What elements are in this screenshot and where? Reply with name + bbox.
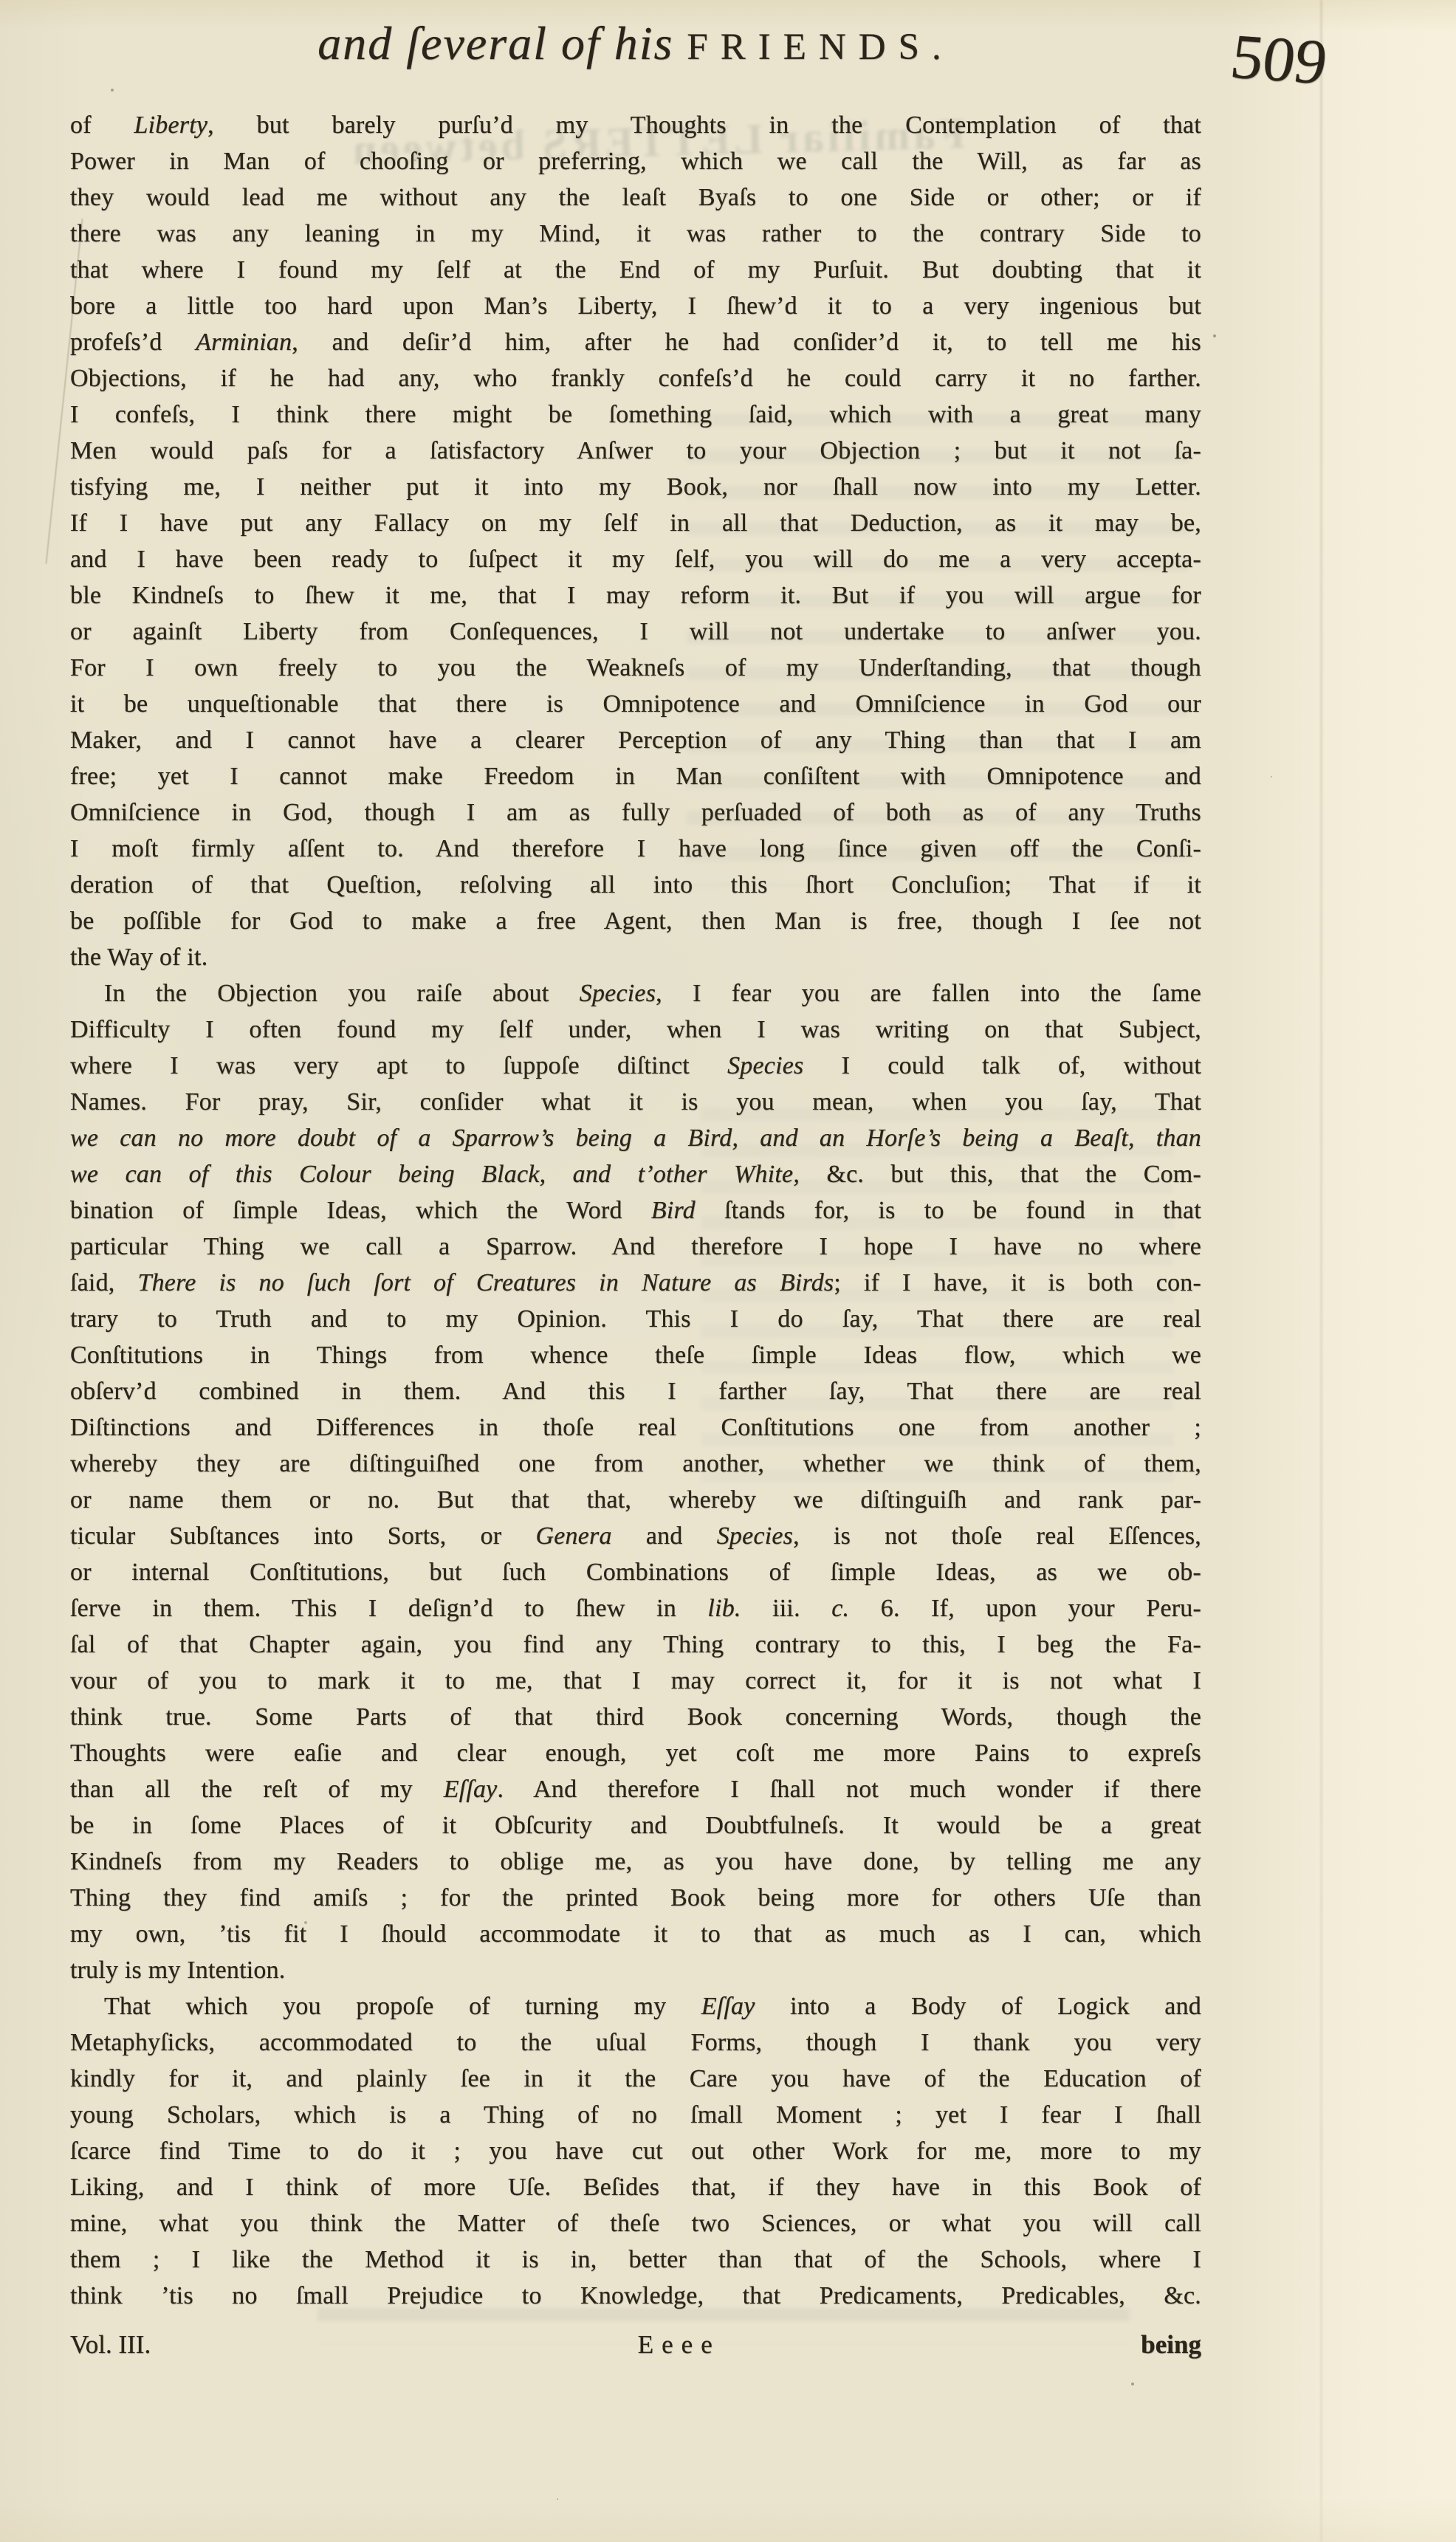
roman-text: particular Thing we call a Sparrow. And … [70,1233,1201,1260]
italic-text: Species [727,1052,803,1079]
roman-text: . And therefore I ſhall not much wonder … [497,1776,1201,1803]
text-line: Liking, and I think of more Uſe. Beſides… [70,2169,1201,2205]
roman-text: whereby they are diſtinguiſhed one from … [70,1450,1201,1477]
italic-text: we can no more doubt of a Sparrow’s bein… [70,1124,1201,1152]
roman-text: deration of that Queſtion, reſolving all… [70,871,1201,899]
roman-text: If I have put any Fallacy on my ſelf in … [70,509,1201,537]
roman-text: or againſt Liberty from Conſequences, I … [70,618,1201,645]
text-line: For I own freely to you the Weakneſs of … [70,650,1201,686]
text-line: that where I found my ſelf at the End of… [70,252,1201,288]
text-line: Difficulty I often found my ſelf under, … [70,1011,1201,1048]
text-line: I moſt firmly aſſent to. And therefore I… [70,831,1201,867]
text-line: whereby they are diſtinguiſhed one from … [70,1446,1201,1482]
italic-text: There is no ſuch ſort of Creatures in Na… [137,1269,834,1296]
book-page: Familiar LETTERS between and ſeveral of … [0,0,1456,2542]
text-line: truly is my Intention. [70,1952,1201,1988]
page-footer: Vol. III. Eeee being [70,2330,1201,2360]
text-line: ſerve in them. This I deſign’d to ſhew i… [70,1590,1201,1626]
roman-text: Conſtitutions in Things from whence theſ… [70,1342,1201,1369]
text-line: In the Objection you raiſe about Species… [70,975,1201,1011]
text-line: Names. For pray, Sir, conſider what it i… [70,1084,1201,1120]
roman-text: free; yet I cannot make Freedom in Man c… [70,763,1201,790]
text-line: I confeſs, I think there might be ſometh… [70,396,1201,433]
roman-text: them ; I like the Method it is in, bette… [70,2246,1201,2273]
text-line: Metaphyſicks, accommodated to the uſual … [70,2024,1201,2061]
italic-text: Genera [535,1522,611,1550]
roman-text: young Scholars, which is a Thing of no ſ… [70,2101,1201,2129]
text-line: young Scholars, which is a Thing of no ſ… [70,2097,1201,2133]
roman-text: or internal Conſtitutions, but ſuch Comb… [70,1559,1201,1586]
page-edge-crease [1320,0,1322,2542]
text-line: bination of ſimple Ideas, which the Word… [70,1192,1201,1229]
italic-text: Liberty [134,111,208,139]
italic-text: Arminian [196,329,292,356]
roman-text: Difficulty I often found my ſelf under, … [70,1016,1201,1043]
text-line: bore a little too hard upon Man’s Libert… [70,288,1201,324]
roman-text: ſerve in them. This I deſign’d to ſhew i… [70,1595,707,1622]
text-line: Thing they find amiſs ; for the printed … [70,1880,1201,1916]
text-line: and I have been ready to ſuſpect it my ſ… [70,541,1201,577]
text-line: kindly for it, and plainly ſee in it the… [70,2061,1201,2097]
text-line: Objections, if he had any, who frankly c… [70,360,1201,396]
roman-text: ble Kindneſs to ſhew it me, that I may r… [70,582,1201,609]
roman-text: Names. For pray, Sir, conſider what it i… [70,1088,1201,1116]
roman-text: Diſtinctions and Differences in thoſe re… [70,1414,1201,1441]
italic-text: Eſſay [701,1993,755,2020]
roman-text: , and deſir’d him, after he had conſider… [292,329,1201,356]
text-line: deration of that Queſtion, reſolving all… [70,867,1201,903]
roman-text: ; if I have, it is both con- [834,1269,1201,1296]
text-line: of Liberty, but barely purſu’d my Though… [70,107,1201,143]
text-line: we can of this Colour being Black, and t… [70,1156,1201,1192]
text-line: be poſſible for God to make a free Agent… [70,903,1201,939]
roman-text: Thoughts were eaſie and clear enough, ye… [70,1739,1201,1767]
text-line: or name them or no. But that that, where… [70,1482,1201,1518]
roman-text: than all the reſt of my [70,1776,444,1803]
roman-text: Liking, and I think of more Uſe. Beſides… [70,2174,1201,2201]
roman-text: ſal of that Chapter again, you find any … [70,1631,1201,1658]
italic-text: lib. [707,1595,741,1622]
text-line: them ; I like the Method it is in, bette… [70,2242,1201,2278]
roman-text: the Way of it. [70,944,207,971]
signature-mark: Eeee [638,2330,721,2360]
roman-text: For I own freely to you the Weakneſs of … [70,654,1201,681]
text-line: Power in Man of chooſing or preferring, … [70,143,1201,179]
italic-text: c. [831,1595,849,1622]
page-number: 509 [1226,19,1332,99]
text-line: Diſtinctions and Differences in thoſe re… [70,1409,1201,1446]
text-line: Omniſcience in God, though I am as fully… [70,794,1201,831]
roman-text: Power in Man of chooſing or preferring, … [70,148,1201,175]
text-line: there was any leaning in my Mind, it was… [70,216,1201,252]
roman-text: Men would paſs for a ſatisfactory Anſwer… [70,437,1201,464]
roman-text: be poſſible for God to make a free Agent… [70,907,1201,935]
paper-speckles [111,89,114,92]
text-line: profeſs’d Arminian, and deſir’d him, aft… [70,324,1201,360]
roman-text: , is not thoſe real Eſſences, [793,1522,1201,1550]
italic-text: we can of this Colour being Black, and t… [70,1161,800,1188]
text-line: That which you propoſe of turning my Eſſ… [70,1988,1201,2024]
text-line: mine, what you think the Matter of theſe… [70,2205,1201,2242]
text-line: free; yet I cannot make Freedom in Man c… [70,758,1201,794]
roman-text: mine, what you think the Matter of theſe… [70,2210,1201,2237]
roman-text: into a Body of Logick and [755,1993,1201,2020]
text-line: ſcarce find Time to do it ; you have cut… [70,2133,1201,2169]
roman-text: and I have been ready to ſuſpect it my ſ… [70,546,1201,573]
text-line: the Way of it. [70,939,1201,975]
text-line: ble Kindneſs to ſhew it me, that I may r… [70,577,1201,614]
roman-text: obſerv’d combined in them. And this I fa… [70,1378,1201,1405]
roman-text: In the Objection you raiſe about [104,980,580,1007]
roman-text: , I fear you are fallen into the ſame [656,980,1201,1007]
roman-text: iii. [741,1595,832,1622]
roman-text: Maker, and I cannot have a clearer Perce… [70,726,1201,754]
text-line: tisfying me, I neither put it into my Bo… [70,469,1201,505]
roman-text: vour of you to mark it to me, that I may… [70,1667,1201,1694]
roman-text: Thing they find amiſs ; for the printed … [70,1884,1201,1911]
italic-text: Bird [651,1197,696,1224]
roman-text: 6. If, upon your Peru- [849,1595,1201,1622]
text-line: ſaid, There is no ſuch ſort of Creatures… [70,1265,1201,1301]
text-line: we can no more doubt of a Sparrow’s bein… [70,1120,1201,1156]
text-line: Conſtitutions in Things from whence theſ… [70,1337,1201,1373]
roman-text: &c. but this, that the Com- [800,1161,1201,1188]
roman-text: profeſs’d [70,329,196,356]
text-line: obſerv’d combined in them. And this I fa… [70,1373,1201,1409]
roman-text: ſtands for, is to be found in that [696,1197,1201,1224]
roman-text: Objections, if he had any, who frankly c… [70,365,1201,392]
roman-text: ſcarce find Time to do it ; you have cut… [70,2137,1201,2165]
roman-text: my own, ’tis fit I ſhould accommodate it… [70,1920,1201,1948]
text-line: where I was very apt to ſuppoſe diſtinct… [70,1048,1201,1084]
roman-text: think ’tis no ſmall Prejudice to Knowled… [70,2282,1201,2309]
roman-text: ticular Subſtances into Sorts, or [70,1522,535,1550]
text-line: than all the reſt of my Eſſay. And there… [70,1771,1201,1807]
roman-text: think true. Some Parts of that third Boo… [70,1703,1201,1731]
text-line: or internal Conſtitutions, but ſuch Comb… [70,1554,1201,1590]
roman-text: be in ſome Places of it Obſcurity and Do… [70,1812,1201,1839]
roman-text: Omniſcience in God, though I am as fully… [70,799,1201,826]
roman-text: there was any leaning in my Mind, it was… [70,220,1201,247]
header-title-caps: FRIENDS. [687,27,953,68]
text-line: If I have put any Fallacy on my ſelf in … [70,505,1201,541]
roman-text: bore a little too hard upon Man’s Libert… [70,292,1201,320]
roman-text: of [70,111,134,139]
text-line: ſal of that Chapter again, you find any … [70,1626,1201,1663]
text-line: particular Thing we call a Sparrow. And … [70,1229,1201,1265]
text-line: vour of you to mark it to me, that I may… [70,1663,1201,1699]
roman-text: , but barely purſu’d my Thoughts in the … [207,111,1201,139]
text-line: my own, ’tis fit I ſhould accommodate it… [70,1916,1201,1952]
roman-text: where I was very apt to ſuppoſe diſtinct [70,1052,727,1079]
roman-text: Kindneſs from my Readers to oblige me, a… [70,1848,1201,1875]
roman-text: or name them or no. But that that, where… [70,1486,1201,1514]
text-line: think ’tis no ſmall Prejudice to Knowled… [70,2278,1201,2314]
roman-text: That which you propoſe of turning my [104,1993,701,2020]
volume-label: Vol. III. [70,2330,151,2360]
roman-text: I confeſs, I think there might be ſometh… [70,401,1201,428]
text-line: it be unqueſtionable that there is Omnip… [70,686,1201,722]
text-line: trary to Truth and to my Opinion. This I… [70,1301,1201,1337]
roman-text: tisfying me, I neither put it into my Bo… [70,473,1201,501]
text-line: ticular Subſtances into Sorts, or Genera… [70,1518,1201,1554]
roman-text: I moſt firmly aſſent to. And therefore I… [70,835,1201,862]
roman-text: kindly for it, and plainly ſee in it the… [70,2065,1201,2092]
text-line: be in ſome Places of it Obſcurity and Do… [70,1807,1201,1844]
italic-text: Species [580,980,656,1007]
catchword: being [1141,2330,1201,2360]
text-line: Men would paſs for a ſatisfactory Anſwer… [70,433,1201,469]
italic-text: Species [717,1522,793,1550]
header-title-italic: and ſeveral of his [317,17,673,69]
roman-text: I could talk of, without [803,1052,1201,1079]
text-line: Thoughts were eaſie and clear enough, ye… [70,1735,1201,1771]
body-text: of Liberty, but barely purſu’d my Though… [70,107,1201,2314]
roman-text: trary to Truth and to my Opinion. This I… [70,1305,1201,1333]
roman-text: truly is my Intention. [70,1957,286,1984]
roman-text: bination of ſimple Ideas, which the Word [70,1197,651,1224]
text-line: or againſt Liberty from Conſequences, I … [70,614,1201,650]
roman-text: and [612,1522,717,1550]
roman-text: they would lead me without any the leaſt… [70,184,1201,211]
running-header: and ſeveral of his FRIENDS. [70,16,1201,71]
roman-text: ſaid, [70,1269,137,1296]
text-line: Maker, and I cannot have a clearer Perce… [70,722,1201,758]
roman-text: that where I found my ſelf at the End of… [70,256,1201,284]
roman-text: Metaphyſicks, accommodated to the uſual … [70,2029,1201,2056]
roman-text: it be unqueſtionable that there is Omnip… [70,690,1201,718]
italic-text: Eſſay [444,1776,498,1803]
text-line: Kindneſs from my Readers to oblige me, a… [70,1844,1201,1880]
text-line: think true. Some Parts of that third Boo… [70,1699,1201,1735]
text-line: they would lead me without any the leaſt… [70,179,1201,216]
